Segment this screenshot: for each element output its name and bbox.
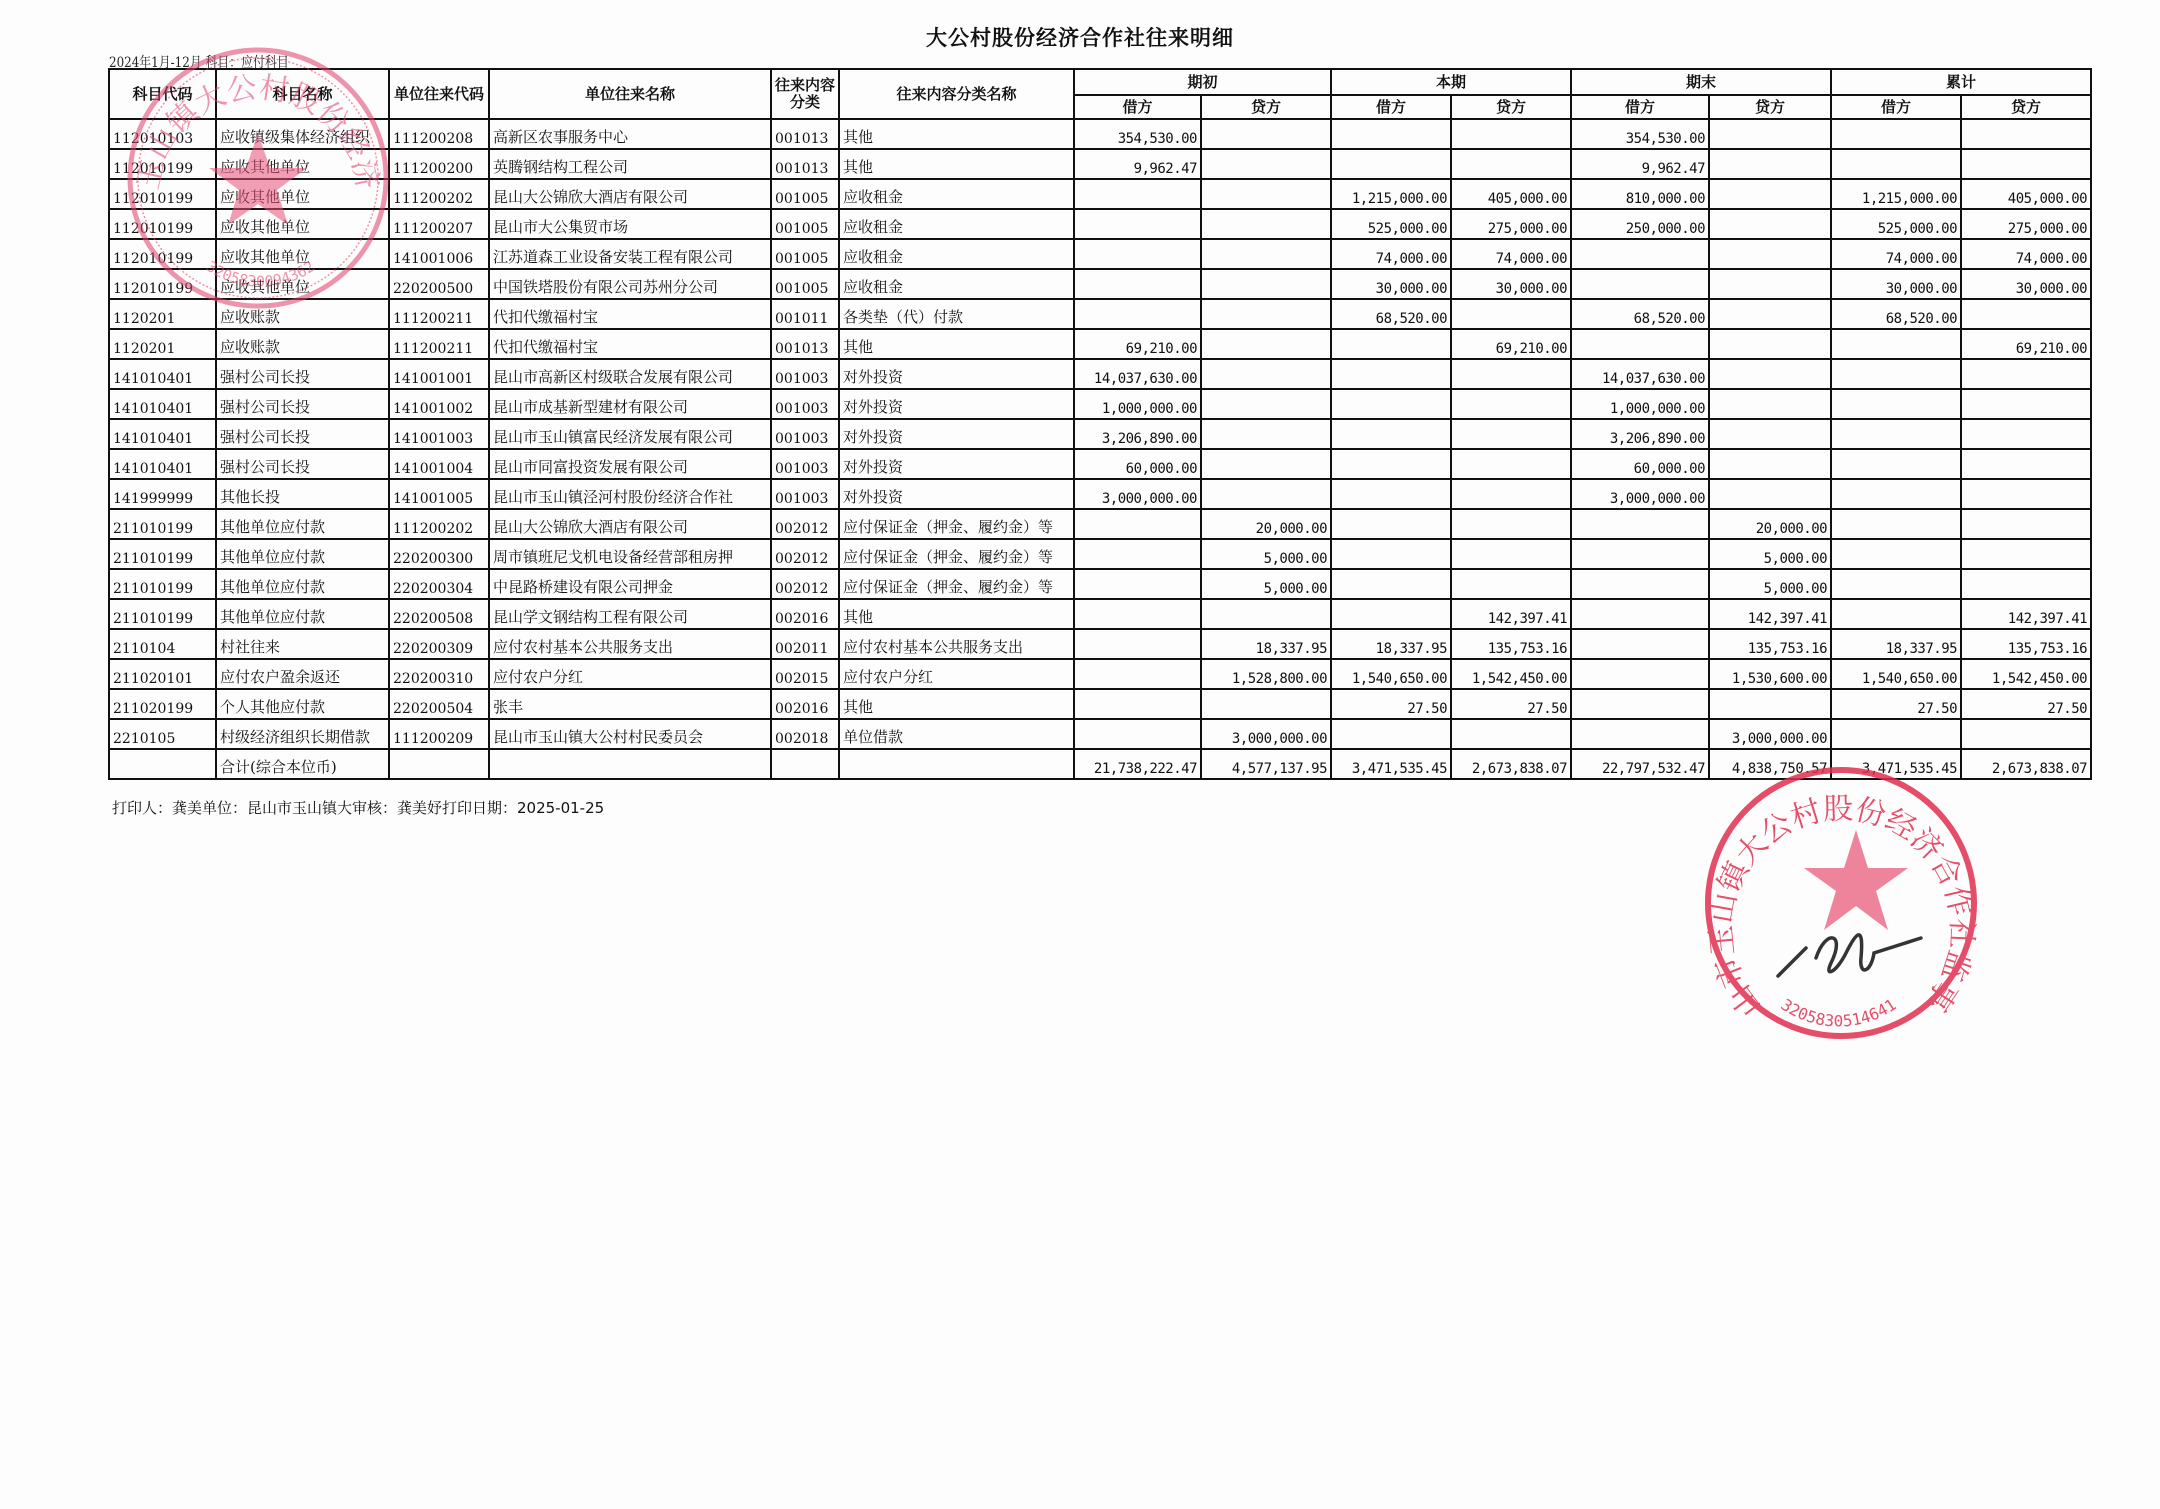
ending-credit-cell <box>1709 329 1831 359</box>
subject-name-cell: 其他单位应付款 <box>216 599 389 629</box>
subject-name-cell: 应收其他单位 <box>216 239 389 269</box>
content-category-name-cell: 其他 <box>839 149 1074 179</box>
unit-name-cell: 英腾钢结构工程公司 <box>489 149 771 179</box>
subject-code-cell: 211010199 <box>109 599 216 629</box>
content-category-name-cell: 单位借款 <box>839 719 1074 749</box>
cumulative-debit-cell: 1,215,000.00 <box>1831 179 1961 209</box>
content-category-cell: 002015 <box>771 659 839 689</box>
current-debit-cell <box>1331 449 1451 479</box>
table-row: 112010199应收其他单位141001006江苏道森工业设备安装工程有限公司… <box>109 239 2091 269</box>
unit-name-cell: 昆山市大公集贸市场 <box>489 209 771 239</box>
cumulative-debit-cell: 30,000.00 <box>1831 269 1961 299</box>
header-subject-name: 科目名称 <box>216 69 389 119</box>
current-credit-cell <box>1451 449 1571 479</box>
subject-code-cell: 2110104 <box>109 629 216 659</box>
ending-debit-cell: 810,000.00 <box>1571 179 1709 209</box>
content-category-cell: 001011 <box>771 299 839 329</box>
current-debit-cell: 18,337.95 <box>1331 629 1451 659</box>
content-category-name-cell: 其他 <box>839 689 1074 719</box>
subject-code-cell: 141010401 <box>109 419 216 449</box>
current-credit-cell: 142,397.41 <box>1451 599 1571 629</box>
cumulative-debit-cell <box>1831 149 1961 179</box>
header-group-cumulative: 累计 <box>1831 69 2091 95</box>
opening-debit-cell: 14,037,630.00 <box>1074 359 1201 389</box>
opening-debit-cell <box>1074 239 1201 269</box>
content-category-name-cell: 各类垫（代）付款 <box>839 299 1074 329</box>
current-credit-cell <box>1451 389 1571 419</box>
header-unit-name: 单位往来名称 <box>489 69 771 119</box>
header-content-category: 往来内容分类 <box>771 69 839 119</box>
cumulative-debit-cell <box>1831 719 1961 749</box>
opening-debit-cell <box>1074 599 1201 629</box>
ending-debit-cell <box>1571 689 1709 719</box>
opening-credit-cell: 20,000.00 <box>1201 509 1331 539</box>
ending-debit-cell: 1,000,000.00 <box>1571 389 1709 419</box>
unit-code-cell: 141001002 <box>389 389 489 419</box>
subject-code-cell: 112010199 <box>109 269 216 299</box>
print-footer: 打印人：龚美单位：昆山市玉山镇大审核：龚美妤打印日期：2025-01-25 <box>112 797 604 818</box>
empty-cell <box>839 749 1074 779</box>
opening-debit-cell <box>1074 569 1201 599</box>
subject-code-cell: 211020199 <box>109 689 216 719</box>
current-debit-cell: 27.50 <box>1331 689 1451 719</box>
unit-name-cell: 昆山市成基新型建材有限公司 <box>489 389 771 419</box>
unit-code-cell: 111200207 <box>389 209 489 239</box>
content-category-cell: 001013 <box>771 149 839 179</box>
content-category-cell: 001005 <box>771 209 839 239</box>
subject-name-cell: 其他长投 <box>216 479 389 509</box>
unit-name-cell: 中国铁塔股份有限公司苏州分公司 <box>489 269 771 299</box>
ending-debit-cell <box>1571 629 1709 659</box>
current-debit-cell <box>1331 569 1451 599</box>
current-debit-cell: 1,215,000.00 <box>1331 179 1451 209</box>
current-debit-cell <box>1331 599 1451 629</box>
cumulative-debit-cell <box>1831 359 1961 389</box>
header-credit: 贷方 <box>1709 95 1831 119</box>
subject-code-cell: 2210105 <box>109 719 216 749</box>
table-row: 141010401强村公司长投141001001昆山市高新区村级联合发展有限公司… <box>109 359 2091 389</box>
opening-debit-cell <box>1074 659 1201 689</box>
content-category-cell: 001003 <box>771 449 839 479</box>
table-row: 141010401强村公司长投141001002昆山市成基新型建材有限公司001… <box>109 389 2091 419</box>
opening-credit-cell <box>1201 389 1331 419</box>
ending-debit-cell: 3,000,000.00 <box>1571 479 1709 509</box>
opening-credit-cell: 3,000,000.00 <box>1201 719 1331 749</box>
unit-name-cell: 昆山市玉山镇泾河村股份经济合作社 <box>489 479 771 509</box>
unit-name-cell: 昆山市玉山镇富民经济发展有限公司 <box>489 419 771 449</box>
unit-name-cell: 昆山学文钢结构工程有限公司 <box>489 599 771 629</box>
content-category-cell: 001005 <box>771 269 839 299</box>
current-debit-cell <box>1331 419 1451 449</box>
subject-name-cell: 其他单位应付款 <box>216 509 389 539</box>
content-category-cell: 001005 <box>771 239 839 269</box>
ending-debit-cell <box>1571 719 1709 749</box>
current-debit-cell: 525,000.00 <box>1331 209 1451 239</box>
total-open-cr-cell: 4,577,137.95 <box>1201 749 1331 779</box>
subject-name-cell: 其他单位应付款 <box>216 569 389 599</box>
cumulative-debit-cell <box>1831 419 1961 449</box>
table-row: 112010199应收其他单位220200500中国铁塔股份有限公司苏州分公司0… <box>109 269 2091 299</box>
opening-credit-cell: 1,528,800.00 <box>1201 659 1331 689</box>
current-credit-cell <box>1451 359 1571 389</box>
opening-credit-cell <box>1201 359 1331 389</box>
content-category-cell: 002012 <box>771 569 839 599</box>
current-credit-cell: 30,000.00 <box>1451 269 1571 299</box>
table-row: 112010199应收其他单位111200207昆山市大公集贸市场001005应… <box>109 209 2091 239</box>
unit-name-cell: 昆山市玉山镇大公村村民委员会 <box>489 719 771 749</box>
subject-code-cell: 141010401 <box>109 389 216 419</box>
header-subject-code: 科目代码 <box>109 69 216 119</box>
ledger-table: 科目代码 科目名称 单位往来代码 单位往来名称 往来内容分类 往来内容分类名称 … <box>108 68 2092 780</box>
content-category-name-cell: 应收租金 <box>839 179 1074 209</box>
ending-credit-cell <box>1709 119 1831 149</box>
unit-code-cell: 111200209 <box>389 719 489 749</box>
ending-debit-cell <box>1571 329 1709 359</box>
subject-name-cell: 村社往来 <box>216 629 389 659</box>
table-row: 211020199个人其他应付款220200504张丰002016其他27.50… <box>109 689 2091 719</box>
empty-cell <box>489 749 771 779</box>
cumulative-debit-cell: 525,000.00 <box>1831 209 1961 239</box>
ending-credit-cell: 142,397.41 <box>1709 599 1831 629</box>
header-debit: 借方 <box>1331 95 1451 119</box>
right-stamp-text: 昆山市玉山镇大公村股份经济合作社监事会 <box>1696 758 1979 1023</box>
subject-name-cell: 应付农户盈余返还 <box>216 659 389 689</box>
opening-debit-cell: 60,000.00 <box>1074 449 1201 479</box>
cumulative-debit-cell: 68,520.00 <box>1831 299 1961 329</box>
empty-cell <box>109 749 216 779</box>
unit-code-cell: 111200200 <box>389 149 489 179</box>
current-credit-cell: 27.50 <box>1451 689 1571 719</box>
current-debit-cell <box>1331 719 1451 749</box>
opening-debit-cell <box>1074 629 1201 659</box>
total-cur-cr-cell: 2,673,838.07 <box>1451 749 1571 779</box>
current-credit-cell: 275,000.00 <box>1451 209 1571 239</box>
ending-debit-cell <box>1571 569 1709 599</box>
content-category-cell: 002018 <box>771 719 839 749</box>
content-category-name-cell: 应收租金 <box>839 239 1074 269</box>
cumulative-credit-cell: 74,000.00 <box>1961 239 2091 269</box>
cumulative-debit-cell: 1,540,650.00 <box>1831 659 1961 689</box>
cumulative-credit-cell <box>1961 719 2091 749</box>
content-category-cell: 002011 <box>771 629 839 659</box>
header-group-current: 本期 <box>1331 69 1571 95</box>
current-credit-cell: 1,542,450.00 <box>1451 659 1571 689</box>
total-end-cr-cell: 4,838,750.57 <box>1709 749 1831 779</box>
header-credit: 贷方 <box>1961 95 2091 119</box>
current-credit-cell: 69,210.00 <box>1451 329 1571 359</box>
ending-credit-cell: 5,000.00 <box>1709 569 1831 599</box>
cumulative-credit-cell <box>1961 149 2091 179</box>
content-category-name-cell: 应付农户分红 <box>839 659 1074 689</box>
opening-credit-cell <box>1201 329 1331 359</box>
opening-credit-cell <box>1201 299 1331 329</box>
ending-debit-cell: 354,530.00 <box>1571 119 1709 149</box>
subject-name-cell: 其他单位应付款 <box>216 539 389 569</box>
current-credit-cell <box>1451 509 1571 539</box>
total-cur-dr-cell: 3,471,535.45 <box>1331 749 1451 779</box>
unit-name-cell: 应付农户分红 <box>489 659 771 689</box>
current-credit-cell <box>1451 419 1571 449</box>
subject-name-cell: 应收镇级集体经济组织 <box>216 119 389 149</box>
star-icon <box>1804 830 1908 930</box>
unit-name-cell: 中昆路桥建设有限公司押金 <box>489 569 771 599</box>
content-category-cell: 001003 <box>771 479 839 509</box>
content-category-name-cell: 对外投资 <box>839 359 1074 389</box>
content-category-name-cell: 其他 <box>839 329 1074 359</box>
subject-name-cell: 应收其他单位 <box>216 269 389 299</box>
ledger-body: 112010103应收镇级集体经济组织111200208高新区农事服务中心001… <box>109 119 2091 779</box>
ending-debit-cell <box>1571 539 1709 569</box>
content-category-cell: 001013 <box>771 119 839 149</box>
table-row: 112010103应收镇级集体经济组织111200208高新区农事服务中心001… <box>109 119 2091 149</box>
header-credit: 贷方 <box>1451 95 1571 119</box>
table-row: 141010401强村公司长投141001003昆山市玉山镇富民经济发展有限公司… <box>109 419 2091 449</box>
content-category-cell: 001003 <box>771 389 839 419</box>
unit-name-cell: 代扣代缴福村宝 <box>489 329 771 359</box>
content-category-cell: 002016 <box>771 689 839 719</box>
unit-code-cell: 141001006 <box>389 239 489 269</box>
content-category-name-cell: 应收租金 <box>839 209 1074 239</box>
cumulative-credit-cell: 275,000.00 <box>1961 209 2091 239</box>
ending-debit-cell: 250,000.00 <box>1571 209 1709 239</box>
subject-name-cell: 强村公司长投 <box>216 359 389 389</box>
unit-code-cell: 111200211 <box>389 299 489 329</box>
current-credit-cell <box>1451 719 1571 749</box>
opening-credit-cell <box>1201 119 1331 149</box>
cumulative-credit-cell: 405,000.00 <box>1961 179 2091 209</box>
opening-credit-cell <box>1201 419 1331 449</box>
table-row: 141999999其他长投141001005昆山市玉山镇泾河村股份经济合作社00… <box>109 479 2091 509</box>
cumulative-debit-cell <box>1831 539 1961 569</box>
subject-name-cell: 应收账款 <box>216 299 389 329</box>
content-category-name-cell: 对外投资 <box>839 419 1074 449</box>
cumulative-credit-cell: 27.50 <box>1961 689 2091 719</box>
subject-code-cell: 141010401 <box>109 449 216 479</box>
opening-debit-cell: 354,530.00 <box>1074 119 1201 149</box>
opening-credit-cell <box>1201 599 1331 629</box>
table-row: 211010199其他单位应付款220200300周市镇班尼戈机电设备经营部租房… <box>109 539 2091 569</box>
ending-credit-cell: 135,753.16 <box>1709 629 1831 659</box>
cumulative-credit-cell <box>1961 479 2091 509</box>
cumulative-debit-cell <box>1831 509 1961 539</box>
cumulative-credit-cell: 142,397.41 <box>1961 599 2091 629</box>
unit-name-cell: 应付农村基本公共服务支出 <box>489 629 771 659</box>
unit-code-cell: 220200304 <box>389 569 489 599</box>
ending-debit-cell <box>1571 659 1709 689</box>
current-credit-cell <box>1451 569 1571 599</box>
total-label: 合计(综合本位币) <box>216 749 389 779</box>
opening-credit-cell: 5,000.00 <box>1201 539 1331 569</box>
ending-debit-cell: 68,520.00 <box>1571 299 1709 329</box>
ending-debit-cell <box>1571 509 1709 539</box>
current-credit-cell: 74,000.00 <box>1451 239 1571 269</box>
current-credit-cell <box>1451 299 1571 329</box>
unit-code-cell: 141001005 <box>389 479 489 509</box>
unit-code-cell: 111200208 <box>389 119 489 149</box>
current-debit-cell <box>1331 389 1451 419</box>
header-unit-code: 单位往来代码 <box>389 69 489 119</box>
unit-name-cell: 代扣代缴福村宝 <box>489 299 771 329</box>
ending-debit-cell <box>1571 269 1709 299</box>
subject-code-cell: 112010199 <box>109 209 216 239</box>
opening-credit-cell <box>1201 149 1331 179</box>
subject-code-cell: 211010199 <box>109 509 216 539</box>
subject-code-cell: 211010199 <box>109 539 216 569</box>
subject-code-cell: 1120201 <box>109 329 216 359</box>
opening-credit-cell: 5,000.00 <box>1201 569 1331 599</box>
opening-credit-cell <box>1201 209 1331 239</box>
subject-name-cell: 个人其他应付款 <box>216 689 389 719</box>
content-category-cell: 002016 <box>771 599 839 629</box>
table-row: 211010199其他单位应付款220200508昆山学文钢结构工程有限公司00… <box>109 599 2091 629</box>
table-row: 2110104村社往来220200309应付农村基本公共服务支出002011应付… <box>109 629 2091 659</box>
subject-name-cell: 强村公司长投 <box>216 389 389 419</box>
subject-name-cell: 应收其他单位 <box>216 149 389 179</box>
signature-mark <box>1778 935 1921 976</box>
unit-code-cell: 220200310 <box>389 659 489 689</box>
cumulative-debit-cell: 18,337.95 <box>1831 629 1961 659</box>
opening-debit-cell: 9,962.47 <box>1074 149 1201 179</box>
header-debit: 借方 <box>1831 95 1961 119</box>
cumulative-credit-cell <box>1961 539 2091 569</box>
content-category-name-cell: 应收租金 <box>839 269 1074 299</box>
content-category-name-cell: 应付农村基本公共服务支出 <box>839 629 1074 659</box>
ending-credit-cell <box>1709 299 1831 329</box>
content-category-name-cell: 其他 <box>839 599 1074 629</box>
subject-code-cell: 211010199 <box>109 569 216 599</box>
cumulative-debit-cell: 27.50 <box>1831 689 1961 719</box>
content-category-name-cell: 对外投资 <box>839 389 1074 419</box>
cumulative-debit-cell <box>1831 479 1961 509</box>
ending-credit-cell: 5,000.00 <box>1709 539 1831 569</box>
current-credit-cell <box>1451 149 1571 179</box>
content-category-cell: 001005 <box>771 179 839 209</box>
subject-name-cell: 强村公司长投 <box>216 449 389 479</box>
current-credit-cell <box>1451 539 1571 569</box>
right-seal-stamp: 昆山市玉山镇大公村股份经济合作社监事会 3205830514641 <box>1696 758 1986 1048</box>
opening-debit-cell <box>1074 209 1201 239</box>
subject-code-cell: 112010199 <box>109 149 216 179</box>
header-content-category-name: 往来内容分类名称 <box>839 69 1074 119</box>
empty-cell <box>389 749 489 779</box>
total-row: 合计(综合本位币)21,738,222.474,577,137.953,471,… <box>109 749 2091 779</box>
ending-debit-cell <box>1571 599 1709 629</box>
table-row: 211010199其他单位应付款111200202昆山大公锦欣大酒店有限公司00… <box>109 509 2091 539</box>
cumulative-credit-cell <box>1961 359 2091 389</box>
opening-debit-cell <box>1074 269 1201 299</box>
opening-debit-cell: 3,000,000.00 <box>1074 479 1201 509</box>
cumulative-credit-cell: 135,753.16 <box>1961 629 2091 659</box>
cumulative-credit-cell <box>1961 449 2091 479</box>
opening-credit-cell <box>1201 269 1331 299</box>
content-category-name-cell: 应付保证金（押金、履约金）等 <box>839 569 1074 599</box>
opening-credit-cell <box>1201 179 1331 209</box>
opening-debit-cell <box>1074 509 1201 539</box>
ending-credit-cell <box>1709 419 1831 449</box>
subject-code-cell: 112010199 <box>109 239 216 269</box>
header-debit: 借方 <box>1074 95 1201 119</box>
ending-debit-cell <box>1571 239 1709 269</box>
cumulative-credit-cell <box>1961 419 2091 449</box>
unit-name-cell: 高新区农事服务中心 <box>489 119 771 149</box>
total-cum-cr-cell: 2,673,838.07 <box>1961 749 2091 779</box>
current-debit-cell: 30,000.00 <box>1331 269 1451 299</box>
table-row: 1120201应收账款111200211代扣代缴福村宝001013其他69,21… <box>109 329 2091 359</box>
table-row: 141010401强村公司长投141001004昆山市同富投资发展有限公司001… <box>109 449 2091 479</box>
current-debit-cell <box>1331 149 1451 179</box>
opening-debit-cell <box>1074 539 1201 569</box>
cumulative-debit-cell <box>1831 449 1961 479</box>
current-debit-cell <box>1331 539 1451 569</box>
ending-credit-cell <box>1709 689 1831 719</box>
opening-debit-cell: 69,210.00 <box>1074 329 1201 359</box>
table-row: 1120201应收账款111200211代扣代缴福村宝001011各类垫（代）付… <box>109 299 2091 329</box>
ending-credit-cell <box>1709 239 1831 269</box>
cumulative-debit-cell: 74,000.00 <box>1831 239 1961 269</box>
unit-name-cell: 周市镇班尼戈机电设备经营部租房押 <box>489 539 771 569</box>
ending-credit-cell <box>1709 209 1831 239</box>
ending-debit-cell: 3,206,890.00 <box>1571 419 1709 449</box>
ending-credit-cell <box>1709 449 1831 479</box>
opening-debit-cell: 3,206,890.00 <box>1074 419 1201 449</box>
svg-text:3205830514641: 3205830514641 <box>1778 995 1900 1031</box>
current-credit-cell <box>1451 479 1571 509</box>
content-category-name-cell: 对外投资 <box>839 479 1074 509</box>
unit-name-cell: 张丰 <box>489 689 771 719</box>
opening-credit-cell: 18,337.95 <box>1201 629 1331 659</box>
subject-code-cell: 1120201 <box>109 299 216 329</box>
cumulative-credit-cell <box>1961 389 2091 419</box>
table-row: 211010199其他单位应付款220200304中昆路桥建设有限公司押金002… <box>109 569 2091 599</box>
ending-debit-cell: 60,000.00 <box>1571 449 1709 479</box>
header-group-ending: 期末 <box>1571 69 1831 95</box>
subject-code-cell: 112010199 <box>109 179 216 209</box>
table-row: 211020101应付农户盈余返还220200310应付农户分红002015应付… <box>109 659 2091 689</box>
table-row: 112010199应收其他单位111200202昆山大公锦欣大酒店有限公司001… <box>109 179 2091 209</box>
cumulative-debit-cell <box>1831 599 1961 629</box>
unit-code-cell: 220200309 <box>389 629 489 659</box>
cumulative-debit-cell <box>1831 389 1961 419</box>
cumulative-credit-cell <box>1961 299 2091 329</box>
content-category-cell: 002012 <box>771 539 839 569</box>
content-category-cell: 001013 <box>771 329 839 359</box>
subject-name-cell: 应收其他单位 <box>216 179 389 209</box>
current-debit-cell: 68,520.00 <box>1331 299 1451 329</box>
subject-name-cell: 村级经济组织长期借款 <box>216 719 389 749</box>
unit-code-cell: 220200500 <box>389 269 489 299</box>
unit-name-cell: 昆山市同富投资发展有限公司 <box>489 449 771 479</box>
opening-debit-cell: 1,000,000.00 <box>1074 389 1201 419</box>
opening-credit-cell <box>1201 689 1331 719</box>
unit-code-cell: 220200300 <box>389 539 489 569</box>
cumulative-credit-cell <box>1961 119 2091 149</box>
ending-credit-cell <box>1709 179 1831 209</box>
content-category-name-cell: 应付保证金（押金、履约金）等 <box>839 539 1074 569</box>
opening-debit-cell <box>1074 299 1201 329</box>
ending-debit-cell: 9,962.47 <box>1571 149 1709 179</box>
current-debit-cell <box>1331 119 1451 149</box>
unit-name-cell: 昆山大公锦欣大酒店有限公司 <box>489 509 771 539</box>
header-group-opening: 期初 <box>1074 69 1331 95</box>
subject-name-cell: 应收其他单位 <box>216 209 389 239</box>
total-end-dr-cell: 22,797,532.47 <box>1571 749 1709 779</box>
cumulative-credit-cell: 1,542,450.00 <box>1961 659 2091 689</box>
ending-credit-cell: 20,000.00 <box>1709 509 1831 539</box>
unit-name-cell: 江苏道森工业设备安装工程有限公司 <box>489 239 771 269</box>
cumulative-credit-cell: 69,210.00 <box>1961 329 2091 359</box>
unit-code-cell: 111200211 <box>389 329 489 359</box>
opening-debit-cell <box>1074 179 1201 209</box>
